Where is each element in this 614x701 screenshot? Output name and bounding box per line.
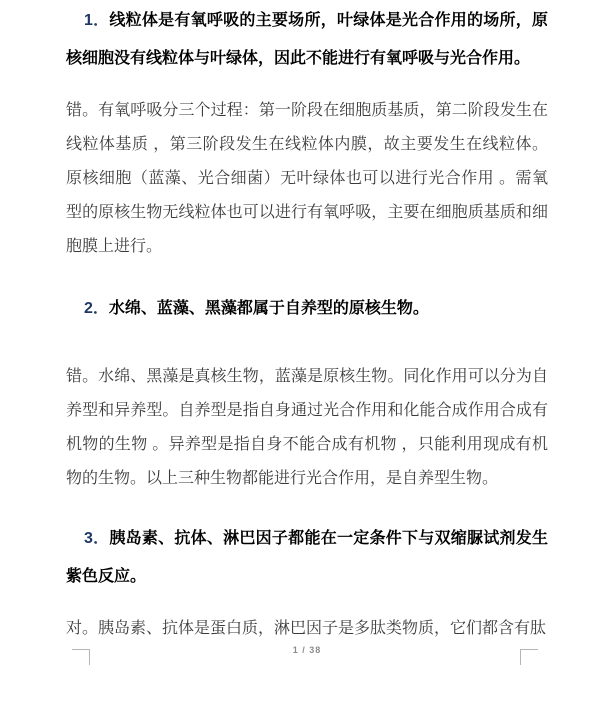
margin-corner-mark-right-icon [520,649,538,665]
section-1-number: 1． [84,12,109,29]
section-1-heading: 1．线粒体是有氧呼吸的主要场所，叶绿体是光合作用的场所，原核细胞没有线粒体与叶绿… [66,2,548,78]
section-3-body: 对。胰岛素、抗体是蛋白质，淋巴因子是多肽类物质，它们都含有肽 [66,612,548,646]
section-3-heading-text: 胰岛素、抗体、淋巴因子都能在一定条件下与双缩脲试剂发生紫色反应。 [66,530,548,585]
page-content: 1．线粒体是有氧呼吸的主要场所，叶绿体是光合作用的场所，原核细胞没有线粒体与叶绿… [0,0,614,646]
section-1-body: 错。有氧呼吸分三个过程：第一阶段在细胞质基质，第二阶段发生在线粒体基质 ，第三阶… [66,94,548,264]
section-2-number: 2． [84,300,109,317]
section-2-heading: 2．水绵、蓝藻、黑藻都属于自养型的原核生物。 [66,290,548,328]
section-1-heading-text: 线粒体是有氧呼吸的主要场所，叶绿体是光合作用的场所，原核细胞没有线粒体与叶绿体，… [66,12,548,67]
section-3-heading: 3．胰岛素、抗体、淋巴因子都能在一定条件下与双缩脲试剂发生紫色反应。 [66,520,548,596]
document-page: 1．线粒体是有氧呼吸的主要场所，叶绿体是光合作用的场所，原核细胞没有线粒体与叶绿… [0,0,614,701]
margin-corner-mark-left-icon [72,649,90,665]
section-2-body: 错。水绵、黑藻是真核生物，蓝藻是原核生物。同化作用可以分为自养型和异养型。自养型… [66,360,548,496]
section-3-number: 3． [84,530,109,547]
section-2-heading-text: 水绵、蓝藻、黑藻都属于自养型的原核生物。 [109,300,429,317]
